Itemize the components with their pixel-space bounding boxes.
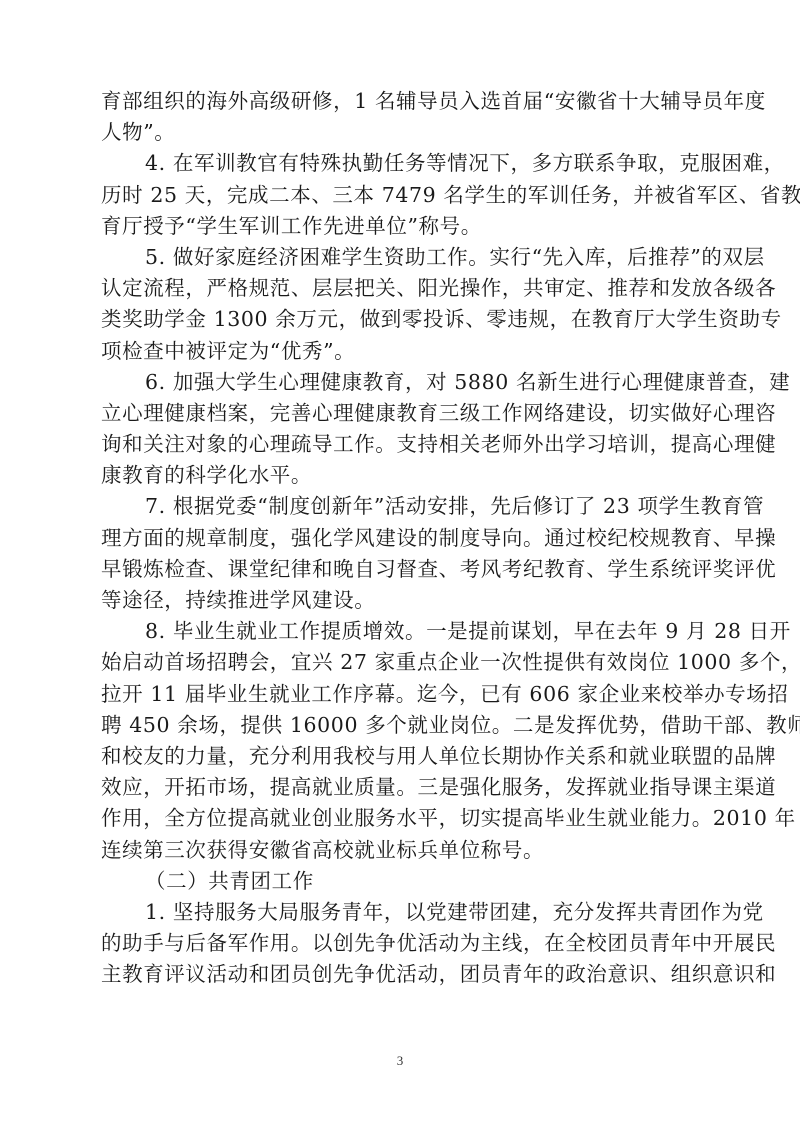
- paragraph-start-line: 7. 根据党委“制度创新年”活动安排，先后修订了 23 项学生教育管: [101, 491, 703, 522]
- text-line: 理方面的规章制度，强化学风建设的制度导向。通过校纪校规教育、早操: [101, 523, 703, 554]
- text-line: 拉开 11 届毕业生就业工作序幕。迄今，已有 606 家企业来校举办专场招: [101, 679, 703, 710]
- text-line: 询和关注对象的心理疏导工作。支持相关老师外出学习培训，提高心理健: [101, 429, 703, 460]
- text-line: 始启动首场招聘会，宜兴 27 家重点企业一次性提供有效岗位 1000 多个，: [101, 647, 703, 678]
- text-line: 作用，全方位提高就业创业服务水平，切实提高毕业生就业能力。2010 年: [101, 803, 703, 834]
- document-page: 育部组织的海外高级研修，1 名辅导员入选首届“安徽省十大辅导员年度 人物”。 4…: [0, 0, 800, 1131]
- text-line: 立心理健康档案，完善心理健康教育三级工作网络建设，切实做好心理咨: [101, 398, 703, 429]
- text-line: 康教育的科学化水平。: [101, 460, 703, 491]
- paragraph-start-line: 5. 做好家庭经济困难学生资助工作。实行“先入库，后推荐”的双层: [101, 242, 703, 273]
- text-line: 育厅授予“学生军训工作先进单位”称号。: [101, 211, 703, 242]
- page-number: 3: [0, 1053, 800, 1069]
- text-line: 聘 450 余场，提供 16000 多个就业岗位。二是发挥优势，借助干部、教师: [101, 710, 703, 741]
- text-line: 早锻炼检查、课堂纪律和晚自习督查、考风考纪教育、学生系统评奖评优: [101, 554, 703, 585]
- paragraph-start-line: 4. 在军训教官有特殊执勤任务等情况下，多方联系争取，克服困难，: [101, 148, 703, 179]
- text-line: 人物”。: [101, 117, 703, 148]
- text-line: 类奖助学金 1300 余万元，做到零投诉、零违规，在教育厅大学生资助专: [101, 304, 703, 335]
- body-text: 育部组织的海外高级研修，1 名辅导员入选首届“安徽省十大辅导员年度 人物”。 4…: [101, 86, 703, 990]
- text-line: 历时 25 天，完成二本、三本 7479 名学生的军训任务，并被省军区、省教: [101, 180, 703, 211]
- paragraph-start-line: 1. 坚持服务大局服务青年，以党建带团建，充分发挥共青团作为党: [101, 897, 703, 928]
- text-line: 育部组织的海外高级研修，1 名辅导员入选首届“安徽省十大辅导员年度: [101, 86, 703, 117]
- text-line: 连续第三次获得安徽省高校就业标兵单位称号。: [101, 835, 703, 866]
- text-line: 主教育评议活动和团员创先争优活动，团员青年的政治意识、组织意识和: [101, 959, 703, 990]
- text-line: 项检查中被评定为“优秀”。: [101, 336, 703, 367]
- text-line: 等途径，持续推进学风建设。: [101, 585, 703, 616]
- paragraph-start-line: 6. 加强大学生心理健康教育，对 5880 名新生进行心理健康普查，建: [101, 367, 703, 398]
- text-line: 认定流程，严格规范、层层把关、阳光操作，共审定、推荐和发放各级各: [101, 273, 703, 304]
- text-line: 和校友的力量，充分利用我校与用人单位长期协作关系和就业联盟的品牌: [101, 741, 703, 772]
- section-heading: （二）共青团工作: [101, 866, 703, 897]
- text-line: 的助手与后备军作用。以创先争优活动为主线，在全校团员青年中开展民: [101, 928, 703, 959]
- paragraph-start-line: 8. 毕业生就业工作提质增效。一是提前谋划，早在去年 9 月 28 日开: [101, 616, 703, 647]
- text-line: 效应，开拓市场，提高就业质量。三是强化服务，发挥就业指导课主渠道: [101, 772, 703, 803]
